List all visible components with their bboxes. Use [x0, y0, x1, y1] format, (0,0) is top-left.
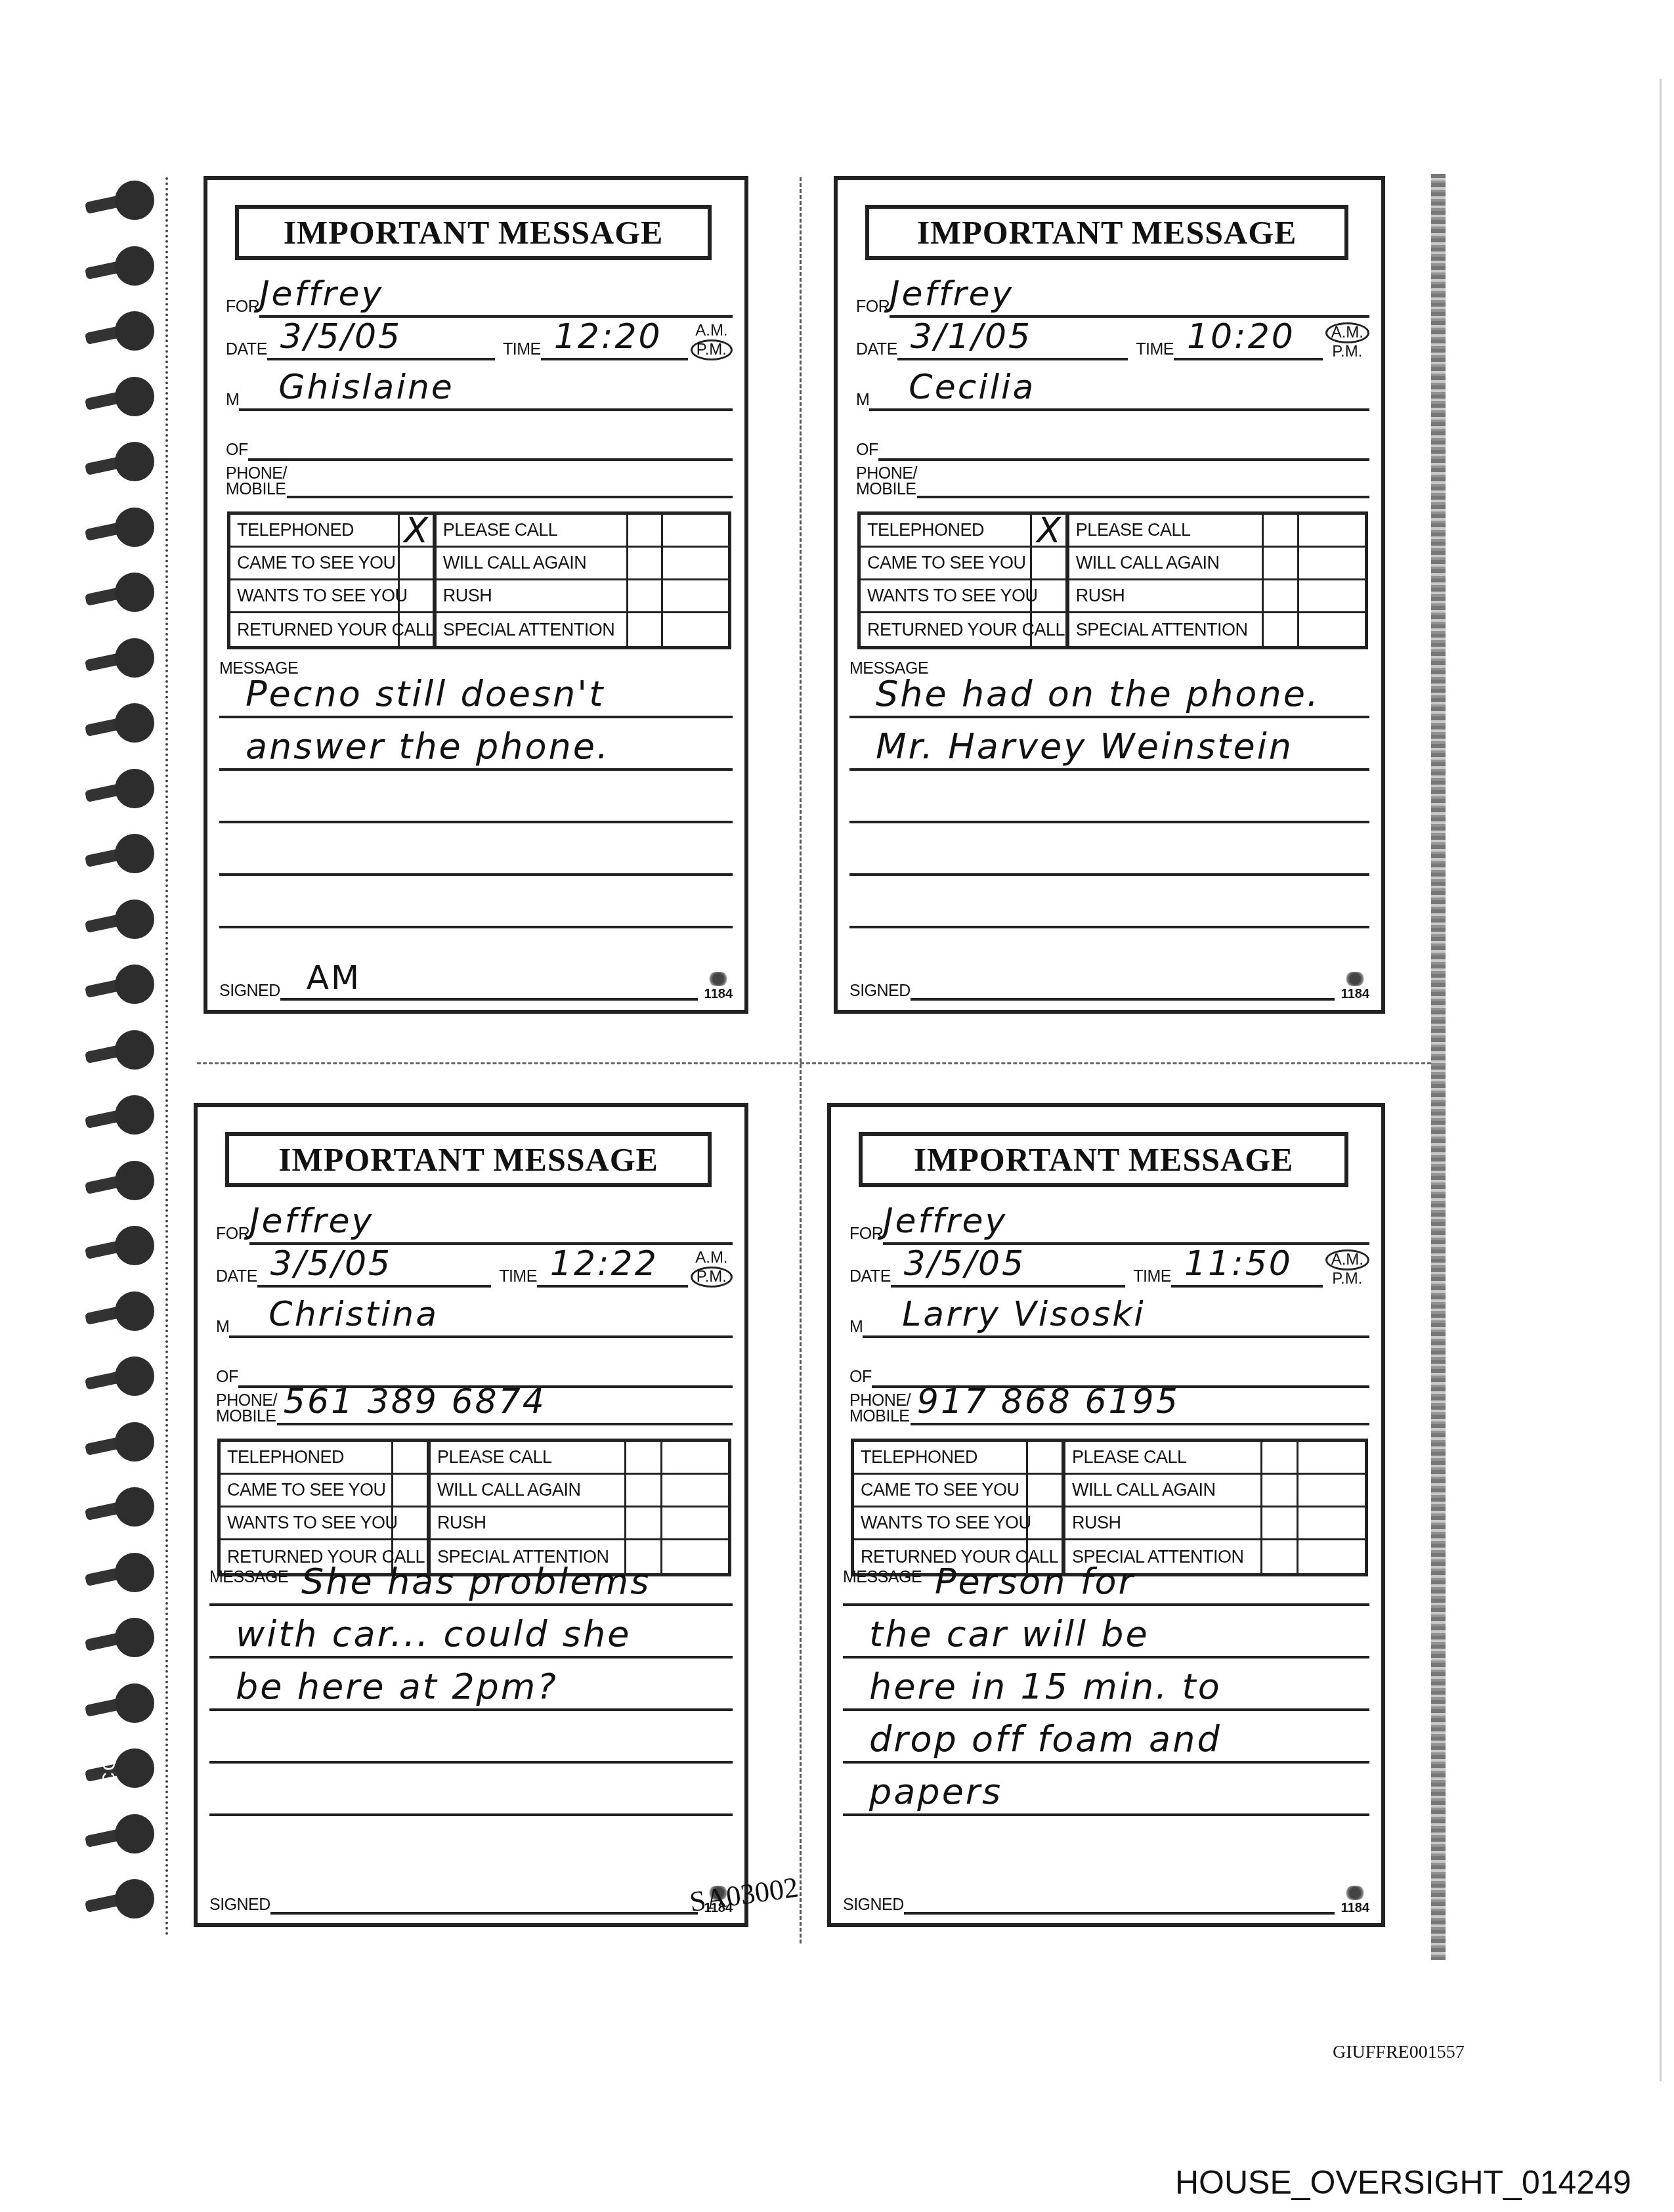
page-edge-line — [1660, 79, 1662, 2081]
date-value: 3/5/05 — [270, 1244, 392, 1284]
pad-edge — [1431, 174, 1446, 1960]
caller-field: M Christina — [216, 1299, 733, 1338]
message-text: papers — [869, 1771, 1002, 1812]
pm-option: P.M. — [1325, 1270, 1369, 1288]
for-value: Jeffrey — [883, 1202, 1007, 1241]
card-title: IMPORTANT MESSAGE — [865, 205, 1348, 260]
please-call-label: PLEASE CALL — [1063, 1442, 1262, 1475]
form-number: 1184 — [1341, 972, 1369, 1001]
special-attention-checkbox[interactable] — [628, 613, 663, 646]
signed-field: SIGNED 1184 — [843, 1882, 1369, 1915]
wants-to-see-you-checkbox[interactable] — [400, 580, 435, 613]
will-call-again-checkbox[interactable] — [1262, 1475, 1298, 1507]
for-value: Jeffrey — [249, 1202, 374, 1241]
signed-label: SIGNED — [219, 982, 280, 1001]
form-number-text: 1184 — [1341, 1901, 1369, 1915]
returned-your-call-checkbox[interactable] — [1032, 613, 1067, 646]
am-option: A.M. — [1325, 322, 1369, 343]
message-text: be here at 2pm? — [236, 1666, 558, 1707]
spiral-coil — [85, 370, 164, 416]
manufacturer-logo-icon — [707, 972, 729, 986]
card-title: IMPORTANT MESSAGE — [859, 1132, 1348, 1187]
came-to-see-you-checkbox[interactable] — [1028, 1475, 1063, 1507]
caller-value: Cecilia — [909, 368, 1035, 407]
telephoned-checkbox[interactable]: X — [400, 515, 435, 548]
spiral-coil — [85, 1481, 164, 1527]
phone-field: PHONE/ MOBILE — [226, 459, 733, 498]
for-label: FOR — [849, 1225, 883, 1245]
telephoned-label: TELEPHONED — [861, 515, 1032, 548]
for-field: FOR Jeffrey — [216, 1205, 733, 1245]
am-option: A.M. — [691, 1249, 733, 1267]
spiral-coil — [85, 1873, 164, 1919]
caller-value: Larry Visoski — [902, 1295, 1145, 1334]
bates-number-giuffre: GIUFFRE001557 — [1333, 2042, 1465, 2063]
manufacturer-logo-icon — [1344, 1886, 1366, 1900]
came-to-see-you-label: CAME TO SEE YOU — [854, 1475, 1028, 1507]
message-text: She has problems — [301, 1561, 651, 1602]
pm-option: P.M. — [1325, 343, 1369, 360]
caller-field: M Larry Visoski — [849, 1299, 1369, 1338]
came-to-see-you-label: CAME TO SEE YOU — [221, 1475, 393, 1507]
message-line — [849, 784, 1369, 823]
phone-label-line2: MOBILE — [216, 1407, 276, 1425]
caller-label: M — [216, 1318, 229, 1338]
date-value: 3/5/05 — [280, 317, 402, 357]
call-type-checkboxes: TELEPHONED X PLEASE CALL CAME TO SEE YOU… — [227, 511, 731, 649]
came-to-see-you-checkbox[interactable] — [400, 548, 435, 580]
of-label: OF — [849, 1368, 872, 1388]
wants-to-see-you-checkbox[interactable] — [1032, 580, 1067, 613]
rush-label: RUSH — [429, 1507, 626, 1540]
caller-label: M — [226, 391, 239, 411]
card-title: IMPORTANT MESSAGE — [235, 205, 712, 260]
special-attention-checkbox[interactable] — [1264, 613, 1299, 646]
spiral-coil — [85, 1742, 164, 1788]
came-to-see-you-label: CAME TO SEE YOU — [230, 548, 400, 580]
form-number-text: 1184 — [1341, 987, 1369, 1001]
grid-filler — [662, 1442, 728, 1475]
came-to-see-you-label: CAME TO SEE YOU — [861, 548, 1032, 580]
will-call-again-label: WILL CALL AGAIN — [1063, 1475, 1262, 1507]
binding-brand-text: SCOOO — [98, 1724, 119, 1799]
for-field: FOR Jeffrey — [849, 1205, 1369, 1245]
signed-field: SIGNED 1184 — [209, 1882, 733, 1915]
grid-filler — [663, 613, 728, 646]
grid-filler — [1298, 1475, 1365, 1507]
spiral-coil — [85, 240, 164, 286]
message-line: She has problems — [209, 1567, 733, 1606]
returned-your-call-label: RETURNED YOUR CALL — [230, 613, 400, 646]
spiral-coil — [85, 958, 164, 1004]
message-line: be here at 2pm? — [209, 1672, 733, 1711]
pm-option: P.M. — [691, 1267, 733, 1288]
returned-your-call-checkbox[interactable] — [400, 613, 435, 646]
am-pm-selector: A.M. P.M. — [691, 1249, 733, 1288]
pm-option: P.M. — [691, 339, 733, 360]
caller-value: Christina — [268, 1295, 439, 1334]
rush-label: RUSH — [1063, 1507, 1262, 1540]
grid-filler — [1298, 1507, 1365, 1540]
grid-filler — [663, 580, 728, 613]
am-pm-selector: A.M. P.M. — [1325, 1249, 1369, 1288]
am-pm-selector: A.M. P.M. — [1325, 322, 1369, 360]
caller-field: M Ghislaine — [226, 372, 733, 411]
message-line — [849, 889, 1369, 928]
phone-field: PHONE/ MOBILE 561 389 6874 — [216, 1386, 733, 1425]
spiral-coil — [85, 1154, 164, 1200]
message-line — [219, 784, 733, 823]
signed-field: SIGNED 1184 — [849, 968, 1369, 1001]
came-to-see-you-checkbox[interactable] — [1032, 548, 1067, 580]
caller-field: M Cecilia — [856, 372, 1369, 411]
for-field: FOR Jeffrey — [856, 278, 1369, 318]
for-value: Jeffrey — [890, 274, 1014, 314]
signed-label: SIGNED — [209, 1896, 270, 1915]
rush-label: RUSH — [435, 580, 629, 613]
time-value: 10:20 — [1187, 317, 1295, 357]
phone-label-line2: MOBILE — [849, 1407, 909, 1425]
date-time-field: DATE 3/5/05 TIME 11:50 A.M. P.M. — [849, 1248, 1369, 1288]
date-time-field: DATE 3/5/05 TIME 12:20 A.M. P.M. — [226, 321, 733, 360]
phone-label-line2: MOBILE — [226, 480, 286, 498]
signed-label: SIGNED — [849, 982, 911, 1001]
special-attention-label: SPECIAL ATTENTION — [1067, 613, 1264, 646]
message-line: with car... could she — [209, 1619, 733, 1659]
phone-value: 561 389 6874 — [284, 1382, 546, 1421]
phone-label: PHONE/ MOBILE — [856, 466, 917, 498]
telephoned-checkbox[interactable] — [393, 1442, 429, 1475]
will-call-again-label: WILL CALL AGAIN — [1067, 548, 1264, 580]
phone-field: PHONE/ MOBILE — [856, 459, 1369, 498]
date-value: 3/1/05 — [911, 317, 1032, 357]
message-text: drop off foam and — [869, 1718, 1222, 1760]
message-line — [209, 1777, 733, 1816]
rush-checkbox[interactable] — [1262, 1507, 1298, 1540]
signed-value: AM — [307, 959, 361, 997]
message-line — [219, 889, 733, 928]
telephoned-label: TELEPHONED — [221, 1442, 393, 1475]
message-text: the car will be — [869, 1613, 1149, 1655]
message-line: answer the phone. — [219, 731, 733, 771]
message-line — [209, 1724, 733, 1764]
message-text: She had on the phone. — [876, 673, 1320, 714]
telephoned-checkbox[interactable] — [1028, 1442, 1063, 1475]
phone-label: PHONE/ MOBILE — [849, 1393, 911, 1425]
spiral-coil — [85, 174, 164, 220]
spiral-coil — [85, 762, 164, 808]
please-call-checkbox[interactable] — [1264, 515, 1299, 548]
spiral-coil — [85, 1219, 164, 1265]
spiral-coil — [85, 1677, 164, 1723]
message-text: Person for — [935, 1561, 1135, 1602]
date-label: DATE — [849, 1267, 891, 1288]
spiral-coil — [85, 1285, 164, 1331]
grid-filler — [1299, 613, 1365, 646]
wants-to-see-you-label: WANTS TO SEE YOU — [854, 1507, 1028, 1540]
please-call-label: PLEASE CALL — [429, 1442, 626, 1475]
manufacturer-logo-icon — [1344, 972, 1366, 986]
spiral-coil — [85, 501, 164, 547]
message-line: She had on the phone. — [849, 679, 1369, 718]
perforation-line — [165, 177, 171, 1937]
time-label: TIME — [499, 1267, 537, 1288]
call-type-checkboxes: TELEPHONED X PLEASE CALL CAME TO SEE YOU… — [857, 511, 1368, 649]
message-card-4: IMPORTANT MESSAGE FOR Jeffrey DATE 3/5/0… — [827, 1103, 1385, 1927]
rush-checkbox[interactable] — [626, 1507, 662, 1540]
message-line: Person for — [843, 1567, 1369, 1606]
caller-label: M — [856, 391, 869, 411]
call-type-checkboxes: TELEPHONED PLEASE CALL CAME TO SEE YOU W… — [217, 1439, 731, 1576]
please-call-label: PLEASE CALL — [1067, 515, 1264, 548]
time-value: 11:50 — [1184, 1244, 1293, 1284]
time-label: TIME — [1133, 1267, 1171, 1288]
message-line — [219, 836, 733, 876]
cut-line-horizontal — [197, 1062, 1431, 1064]
card-title: IMPORTANT MESSAGE — [225, 1132, 712, 1187]
message-line: Mr. Harvey Weinstein — [849, 731, 1369, 771]
call-type-checkboxes: TELEPHONED PLEASE CALL CAME TO SEE YOU W… — [851, 1439, 1368, 1576]
will-call-again-label: WILL CALL AGAIN — [429, 1475, 626, 1507]
for-label: FOR — [216, 1225, 249, 1245]
grid-filler — [1299, 515, 1365, 548]
form-number-text: 1184 — [704, 987, 733, 1001]
message-line: papers — [843, 1777, 1369, 1816]
message-line: the car will be — [843, 1619, 1369, 1659]
of-label: OF — [226, 441, 248, 461]
will-call-again-label: WILL CALL AGAIN — [435, 548, 629, 580]
message-card-3: IMPORTANT MESSAGE FOR Jeffrey DATE 3/5/0… — [194, 1103, 748, 1927]
please-call-checkbox[interactable] — [626, 1442, 662, 1475]
wants-to-see-you-checkbox[interactable] — [393, 1507, 429, 1540]
phone-value: 917 868 6195 — [917, 1382, 1180, 1421]
of-label: OF — [216, 1368, 238, 1388]
telephoned-label: TELEPHONED — [854, 1442, 1028, 1475]
wants-to-see-you-checkbox[interactable] — [1028, 1507, 1063, 1540]
spiral-coil — [85, 1546, 164, 1592]
grid-filler — [1299, 580, 1365, 613]
please-call-checkbox[interactable] — [1262, 1442, 1298, 1475]
am-pm-selector: A.M. P.M. — [691, 322, 733, 360]
of-field: OF — [856, 422, 1369, 461]
signed-label: SIGNED — [843, 1896, 904, 1915]
cut-line-vertical — [800, 177, 802, 1943]
phone-label: PHONE/ MOBILE — [216, 1393, 277, 1425]
message-text: Pecno still doesn't — [246, 673, 605, 714]
rush-checkbox[interactable] — [628, 580, 663, 613]
phone-label: PHONE/ MOBILE — [226, 466, 287, 498]
will-call-again-checkbox[interactable] — [628, 548, 663, 580]
time-label: TIME — [1136, 340, 1174, 360]
spiral-coil — [85, 893, 164, 939]
bates-number-house-oversight: HOUSE_OVERSIGHT_014249 — [1175, 2163, 1631, 2201]
caller-value: Ghislaine — [278, 368, 454, 407]
date-time-field: DATE 3/5/05 TIME 12:22 A.M. P.M. — [216, 1248, 733, 1288]
phone-field: PHONE/ MOBILE 917 868 6195 — [849, 1386, 1369, 1425]
of-label: OF — [856, 441, 878, 461]
spiral-coil — [85, 827, 164, 873]
date-label: DATE — [856, 340, 897, 360]
grid-filler — [662, 1475, 728, 1507]
wants-to-see-you-label: WANTS TO SEE YOU — [861, 580, 1032, 613]
time-value: 12:20 — [554, 317, 662, 357]
check-mark-icon: X — [1037, 513, 1061, 548]
message-line: Pecno still doesn't — [219, 679, 733, 718]
wants-to-see-you-label: WANTS TO SEE YOU — [221, 1507, 393, 1540]
message-text: answer the phone. — [246, 726, 610, 767]
will-call-again-checkbox[interactable] — [626, 1475, 662, 1507]
rush-checkbox[interactable] — [1264, 580, 1299, 613]
came-to-see-you-checkbox[interactable] — [393, 1475, 429, 1507]
please-call-checkbox[interactable] — [628, 515, 663, 548]
rush-label: RUSH — [1067, 580, 1264, 613]
form-number: 1184 — [704, 972, 733, 1001]
message-text: with car... could she — [236, 1613, 631, 1655]
wants-to-see-you-label: WANTS TO SEE YOU — [230, 580, 400, 613]
message-line — [849, 836, 1369, 876]
message-line: here in 15 min. to — [843, 1672, 1369, 1711]
signed-field: SIGNED AM 1184 — [219, 968, 733, 1001]
spiral-coil — [85, 1350, 164, 1396]
for-value: Jeffrey — [259, 274, 383, 314]
returned-your-call-label: RETURNED YOUR CALL — [861, 613, 1032, 646]
spiral-coil — [85, 1024, 164, 1070]
spiral-coil — [85, 305, 164, 351]
grid-filler — [663, 515, 728, 548]
will-call-again-checkbox[interactable] — [1264, 548, 1299, 580]
date-time-field: DATE 3/1/05 TIME 10:20 A.M. P.M. — [856, 321, 1369, 360]
grid-filler — [1298, 1442, 1365, 1475]
form-number: 1184 — [1341, 1886, 1369, 1915]
spiral-coil — [85, 697, 164, 743]
grid-filler — [662, 1507, 728, 1540]
message-text: here in 15 min. to — [869, 1666, 1222, 1707]
telephoned-label: TELEPHONED — [230, 515, 400, 548]
time-label: TIME — [503, 340, 541, 360]
date-label: DATE — [216, 1267, 257, 1288]
date-label: DATE — [226, 340, 267, 360]
telephoned-checkbox[interactable]: X — [1032, 515, 1067, 548]
spiral-coil — [85, 1089, 164, 1135]
date-value: 3/5/05 — [904, 1244, 1025, 1284]
special-attention-label: SPECIAL ATTENTION — [435, 613, 629, 646]
spiral-coil — [85, 1416, 164, 1462]
grid-filler — [1299, 548, 1365, 580]
message-text: Mr. Harvey Weinstein — [876, 726, 1293, 767]
spiral-coil — [85, 435, 164, 481]
am-option: A.M. — [1325, 1249, 1369, 1270]
am-option: A.M. — [691, 322, 733, 339]
time-value: 12:22 — [550, 1244, 658, 1284]
spiral-coil — [85, 566, 164, 612]
phone-label-line2: MOBILE — [856, 480, 916, 498]
spiral-binding — [85, 174, 177, 1940]
spiral-coil — [85, 1808, 164, 1854]
message-card-2: IMPORTANT MESSAGE FOR Jeffrey DATE 3/1/0… — [834, 176, 1385, 1014]
grid-filler — [663, 548, 728, 580]
message-card-1: IMPORTANT MESSAGE FOR Jeffrey DATE 3/5/0… — [204, 176, 748, 1014]
for-field: FOR Jeffrey — [226, 278, 733, 318]
spiral-coil — [85, 1611, 164, 1657]
check-mark-icon: X — [404, 513, 428, 548]
caller-label: M — [849, 1318, 863, 1338]
of-field: OF — [226, 422, 733, 461]
for-label: FOR — [856, 297, 890, 318]
please-call-label: PLEASE CALL — [435, 515, 629, 548]
spiral-coil — [85, 632, 164, 678]
message-line: drop off foam and — [843, 1724, 1369, 1764]
for-label: FOR — [226, 297, 259, 318]
